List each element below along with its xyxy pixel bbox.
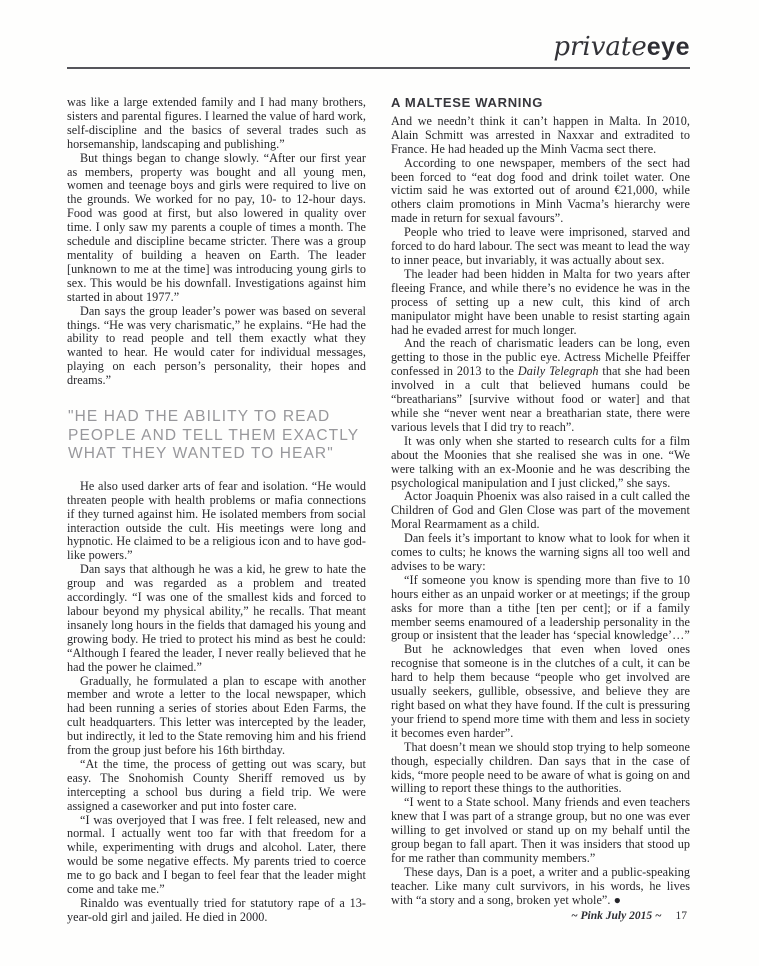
right-column: A MALTESE WARNING And we needn’t think i…: [391, 96, 690, 925]
paragraph: These days, Dan is a poet, a writer and …: [391, 866, 690, 908]
paragraph: Rinaldo was eventually tried for statuto…: [67, 897, 366, 925]
pull-quote: "HE HAD THE ABILITY TO READ PEOPLE AND T…: [68, 408, 366, 464]
paragraph: That doesn’t mean we should stop trying …: [391, 741, 690, 797]
left-column: was like a large extended family and I h…: [67, 96, 366, 925]
left-column-top: was like a large extended family and I h…: [67, 96, 366, 388]
paragraph: According to one newspaper, members of t…: [391, 157, 690, 227]
paragraph: It was only when she started to research…: [391, 435, 690, 491]
paragraph: “At the time, the process of getting out…: [67, 758, 366, 814]
article-body: was like a large extended family and I h…: [0, 69, 759, 925]
paragraph: And we needn’t think it can’t happen in …: [391, 115, 690, 157]
paragraph: Actor Joaquin Phoenix was also raised in…: [391, 490, 690, 532]
paragraph: But things began to change slowly. “Afte…: [67, 152, 366, 305]
right-column-text: And we needn’t think it can’t happen in …: [391, 115, 690, 908]
paragraph: Dan feels it’s important to know what to…: [391, 532, 690, 574]
paragraph: “I went to a State school. Many friends …: [391, 796, 690, 866]
paragraph: was like a large extended family and I h…: [67, 96, 366, 152]
brand-private: private: [553, 32, 646, 62]
brand-eye: eye: [647, 33, 690, 61]
folio-text: ~ Pink July 2015 ~: [571, 910, 661, 922]
magazine-page: privateeye was like a large extended fam…: [0, 0, 759, 966]
left-column-bottom: He also used darker arts of fear and iso…: [67, 480, 366, 925]
paragraph: But he acknowledges that even when loved…: [391, 643, 690, 740]
styled-text: Daily Telegraph: [518, 364, 599, 378]
paragraph: He also used darker arts of fear and iso…: [67, 480, 366, 563]
paragraph: And the reach of charismatic leaders can…: [391, 337, 690, 434]
paragraph: People who tried to leave were imprisone…: [391, 226, 690, 268]
magazine-header: privateeye: [0, 0, 759, 60]
section-heading: A MALTESE WARNING: [391, 96, 690, 111]
page-number: 17: [676, 910, 688, 922]
paragraph: “If someone you know is spending more th…: [391, 574, 690, 644]
page-footer: ~ Pink July 2015 ~17: [571, 910, 687, 922]
paragraph: “I was overjoyed that I was free. I felt…: [67, 814, 366, 897]
paragraph: The leader had been hidden in Malta for …: [391, 268, 690, 338]
paragraph: Dan says that although he was a kid, he …: [67, 563, 366, 674]
paragraph: Gradually, he formulated a plan to escap…: [67, 675, 366, 758]
paragraph: Dan says the group leader’s power was ba…: [67, 305, 366, 388]
